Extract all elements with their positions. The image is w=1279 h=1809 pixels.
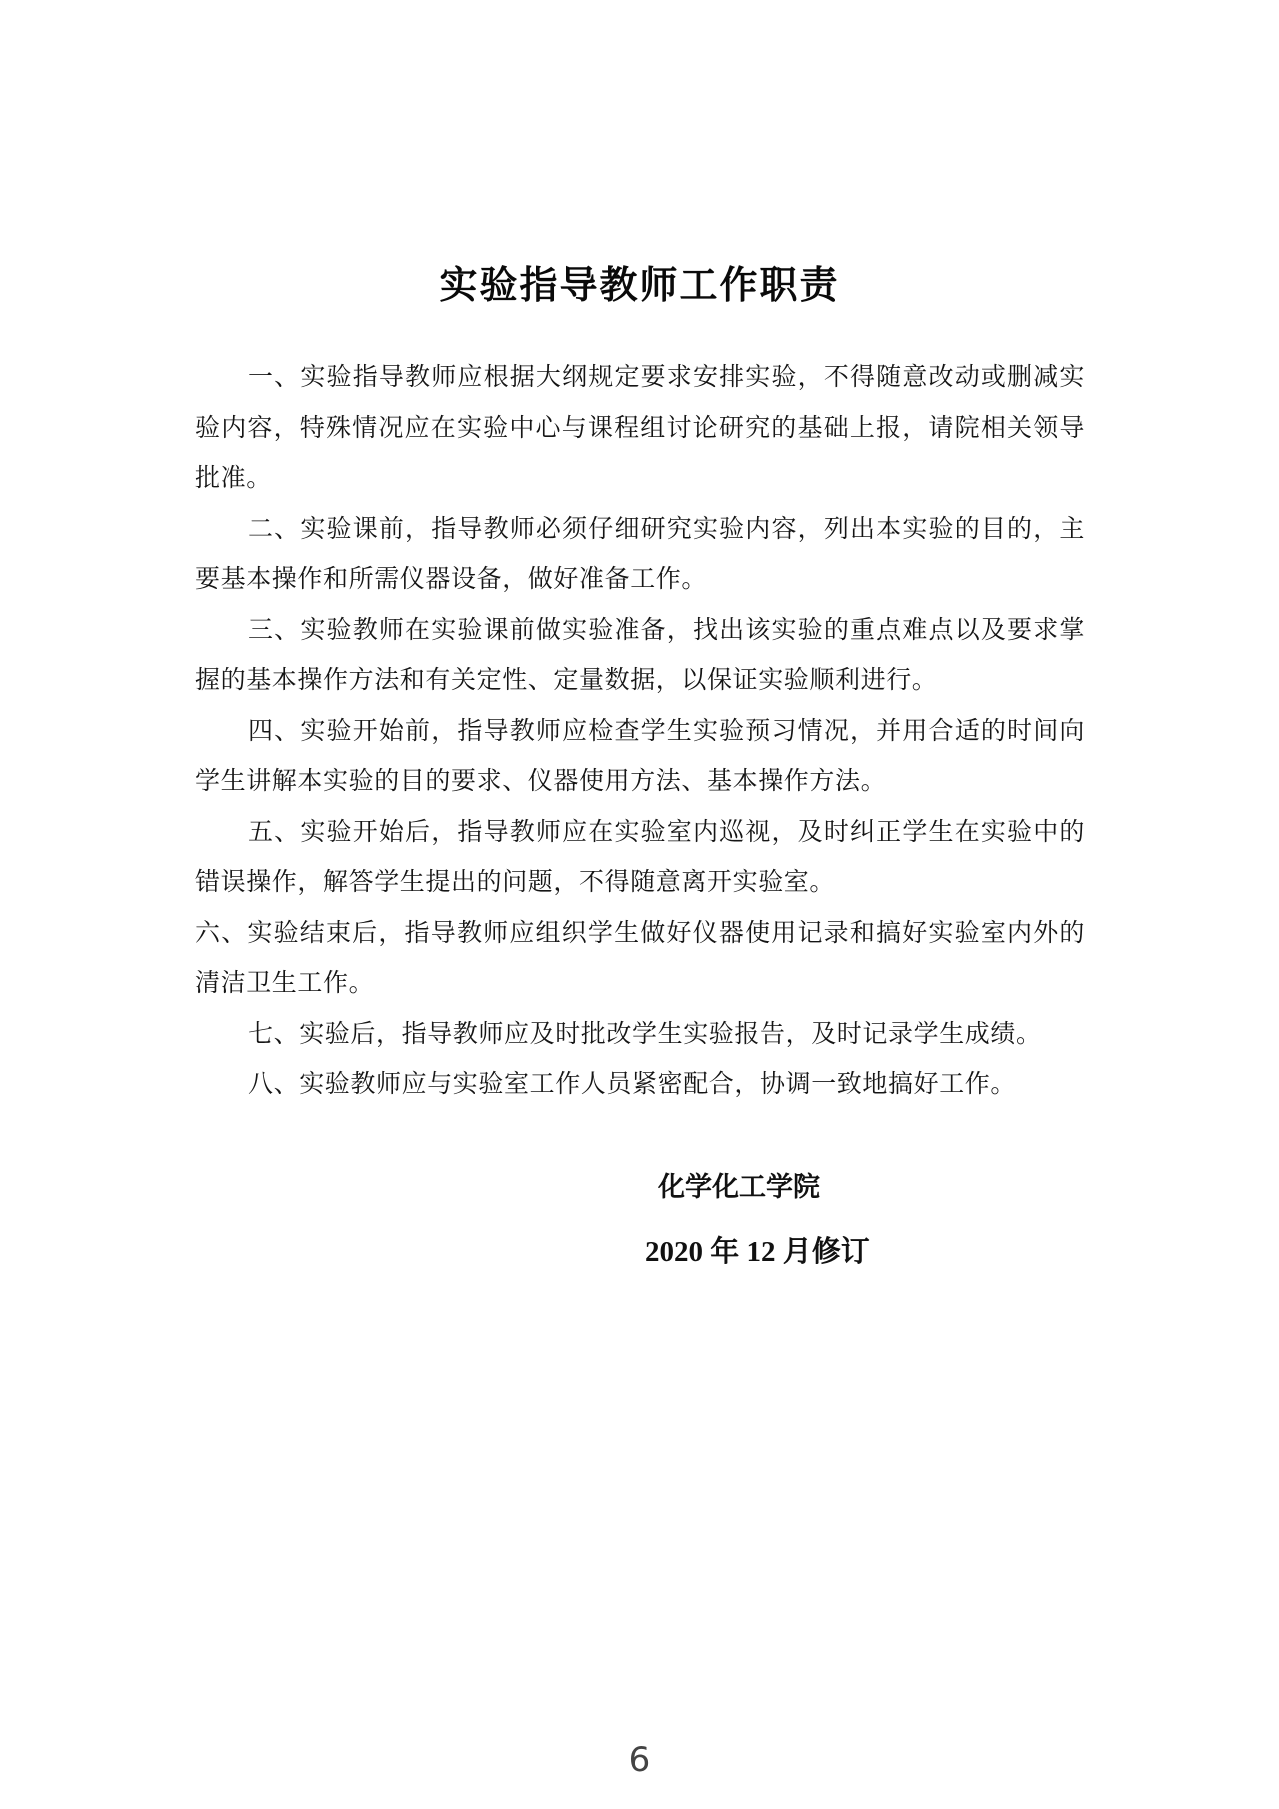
- paragraph-6: 六、实验结束后，指导教师应组织学生做好仪器使用记录和搞好实验室内外的清洁卫生工作…: [195, 908, 1085, 1009]
- paragraph-3: 三、实验教师在实验课前做实验准备，找出该实验的重点难点以及要求掌握的基本操作方法…: [195, 605, 1085, 706]
- page-number: 6: [0, 1740, 1279, 1780]
- paragraph-2: 二、实验课前，指导教师必须仔细研究实验内容，列出本实验的目的，主要基本操作和所需…: [195, 504, 1085, 605]
- signature-institution: 化学化工学院: [658, 1168, 820, 1208]
- paragraph-4: 四、实验开始前，指导教师应检查学生实验预习情况，并用合适的时间向学生讲解本实验的…: [195, 706, 1085, 807]
- paragraph-1: 一、实验指导教师应根据大纲规定要求安排实验，不得随意改动或删减实验内容，特殊情况…: [195, 352, 1085, 504]
- paragraph-8: 八、实验教师应与实验室工作人员紧密配合，协调一致地搞好工作。: [195, 1059, 1085, 1110]
- paragraph-7: 七、实验后，指导教师应及时批改学生实验报告，及时记录学生成绩。: [195, 1009, 1085, 1060]
- revision-date: 2020 年 12 月修订: [645, 1232, 870, 1272]
- document-body: 一、实验指导教师应根据大纲规定要求安排实验，不得随意改动或删减实验内容，特殊情况…: [195, 352, 1085, 1110]
- paragraph-5: 五、实验开始后，指导教师应在实验室内巡视，及时纠正学生在实验中的错误操作，解答学…: [195, 807, 1085, 908]
- document-page: 实验指导教师工作职责 一、实验指导教师应根据大纲规定要求安排实验，不得随意改动或…: [0, 0, 1279, 1809]
- document-title: 实验指导教师工作职责: [0, 260, 1279, 310]
